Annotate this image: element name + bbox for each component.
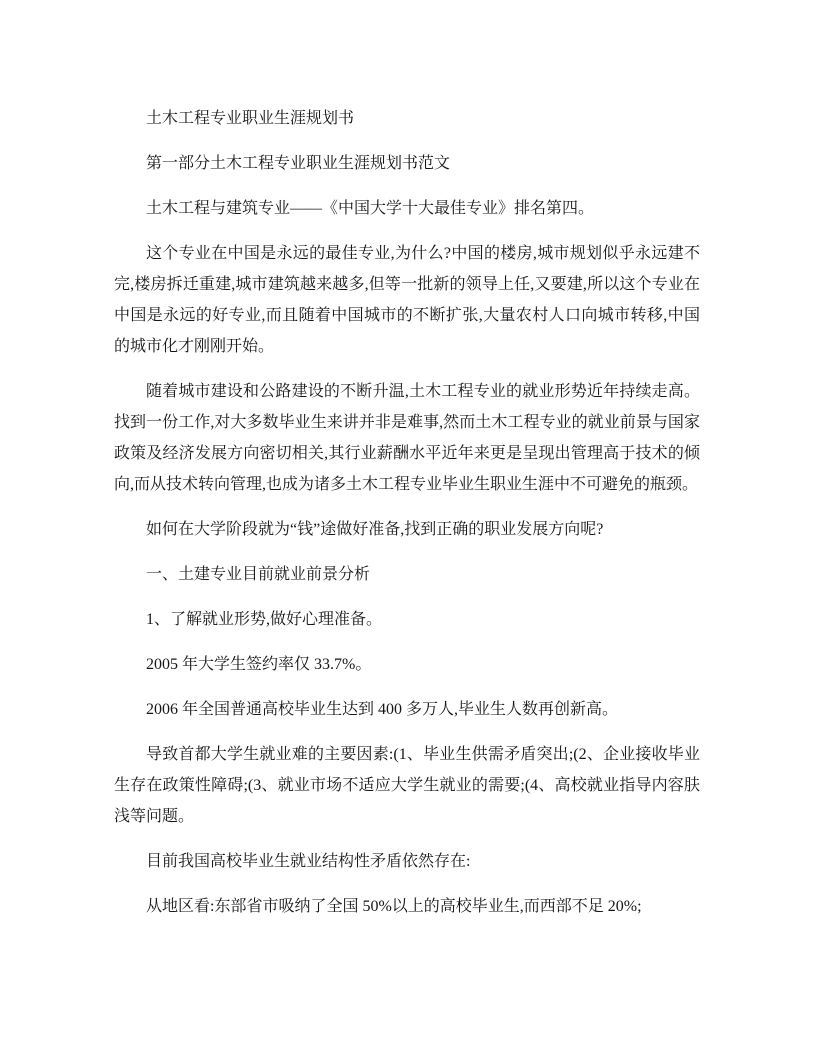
paragraph: 2006 年全国普通高校毕业生达到 400 多万人,毕业生人数再创新高。 <box>114 694 700 725</box>
doc-title: 土木工程专业职业生涯规划书 <box>114 103 700 134</box>
paragraph: 从地区看:东部省市吸纳了全国 50%以上的高校毕业生,而西部不足 20%; <box>114 891 700 922</box>
paragraph: 这个专业在中国是永远的最佳专业,为什么?中国的楼房,城市规划似乎永远建不完,楼房… <box>114 238 700 362</box>
section-heading: 一、土建专业目前就业前景分析 <box>114 559 700 590</box>
part-heading: 第一部分土木工程专业职业生涯规划书范文 <box>114 148 700 179</box>
paragraph: 目前我国高校毕业生就业结构性矛盾依然存在: <box>114 846 700 877</box>
paragraph: 土木工程与建筑专业——《中国大学十大最佳专业》排名第四。 <box>114 193 700 224</box>
paragraph: 如何在大学阶段就为“钱”途做好准备,找到正确的职业发展方向呢? <box>114 514 700 545</box>
paragraph: 随着城市建设和公路建设的不断升温,土木工程专业的就业形势近年持续走高。找到一份工… <box>114 376 700 500</box>
document-body: 土木工程专业职业生涯规划书 第一部分土木工程专业职业生涯规划书范文 土木工程与建… <box>114 103 700 922</box>
paragraph: 导致首都大学生就业难的主要因素:(1、毕业生供需矛盾突出;(2、企业接收毕业生存… <box>114 739 700 832</box>
document-page: 土木工程专业职业生涯规划书 第一部分土木工程专业职业生涯规划书范文 土木工程与建… <box>0 0 816 1056</box>
sub-heading: 1、了解就业形势,做好心理准备。 <box>114 604 700 635</box>
paragraph: 2005 年大学生签约率仅 33.7%。 <box>114 649 700 680</box>
